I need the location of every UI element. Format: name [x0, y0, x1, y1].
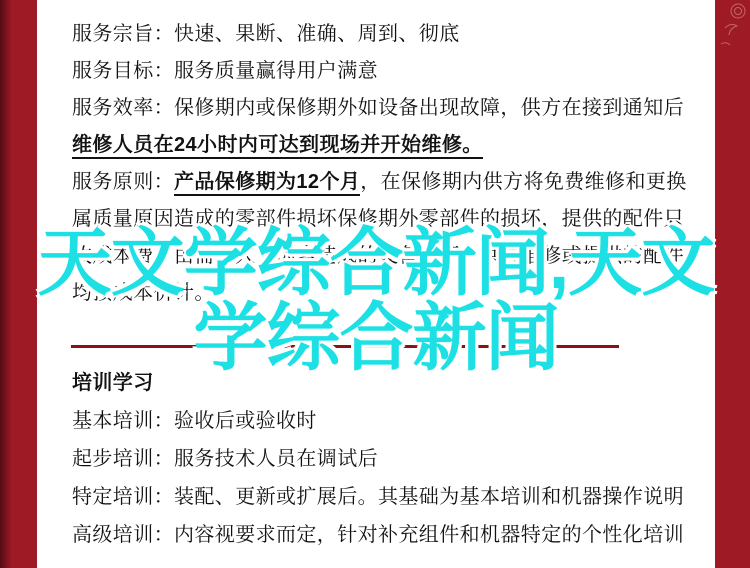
text-segment: 服务宗旨：快速、果断、准确、周到、彻底 — [72, 23, 460, 45]
service-line: 服务目标：服务质量赢得用户满意 — [72, 53, 685, 90]
service-line: 服务宗旨：快速、果断、准确、周到、彻底 — [72, 16, 685, 53]
document-page: 服务宗旨：快速、果断、准确、周到、彻底服务目标：服务质量赢得用户满意服务效率：保… — [37, 0, 715, 568]
text-segment: 服务目标：服务质量赢得用户满意 — [72, 60, 378, 82]
red-divider-line — [71, 345, 619, 348]
left-red-border — [0, 0, 37, 568]
training-line: 特定培训：装配、更新或扩展后。其基础为基本培训和机器操作说明 — [72, 478, 685, 516]
text-segment: 产品保修期为12个月 — [174, 171, 360, 196]
text-segment: ，在保修期内供方将免费维修和更换 — [360, 171, 686, 193]
training-line: 基本培训：验收后或验收时 — [72, 402, 685, 440]
text-segment: 属质量原因造成的零部件损坏保修期外零部件的损坏，提供的配件只 — [72, 208, 684, 230]
text-segment: 服务原则： — [72, 171, 174, 193]
text-segment: 收成本费，由需方人为因素造成的设备损坏，供方维修或提供的配件 — [72, 245, 684, 267]
page: { "colors": { "border_red": "#9e1a25", "… — [0, 0, 750, 568]
service-line: 收成本费，由需方人为因素造成的设备损坏，供方维修或提供的配件 — [72, 238, 685, 275]
text-segment: 服务效率：保修期内或保修期外如设备出现故障，供方在接到通知后 — [72, 97, 684, 119]
corner-flourish-icon — [715, 0, 750, 70]
training-section: 培训学习 基本培训：验收后或验收时起步培训：服务技术人员在调试后特定培训：装配、… — [37, 364, 715, 554]
text-segment: 维修人员在24小时内可达到现场并开始维修。 — [72, 134, 483, 159]
service-line: 维修人员在24小时内可达到现场并开始维修。 — [72, 127, 685, 164]
service-lines: 服务宗旨：快速、果断、准确、周到、彻底服务目标：服务质量赢得用户满意服务效率：保… — [37, 16, 715, 312]
training-line: 高级培训：内容视要求而定，针对补充组件和机器特定的个性化培训 — [72, 516, 685, 554]
service-line: 服务效率：保修期内或保修期外如设备出现故障，供方在接到通知后 — [72, 90, 685, 127]
training-line: 起步培训：服务技术人员在调试后 — [72, 440, 685, 478]
right-red-border — [715, 0, 750, 568]
text-segment: 均按成本价计。 — [72, 282, 215, 304]
service-line: 属质量原因造成的零部件损坏保修期外零部件的损坏，提供的配件只 — [72, 201, 685, 238]
training-heading: 培训学习 — [72, 364, 685, 402]
service-line: 服务原则：产品保修期为12个月，在保修期内供方将免费维修和更换 — [72, 164, 685, 201]
service-line: 均按成本价计。 — [72, 275, 685, 312]
